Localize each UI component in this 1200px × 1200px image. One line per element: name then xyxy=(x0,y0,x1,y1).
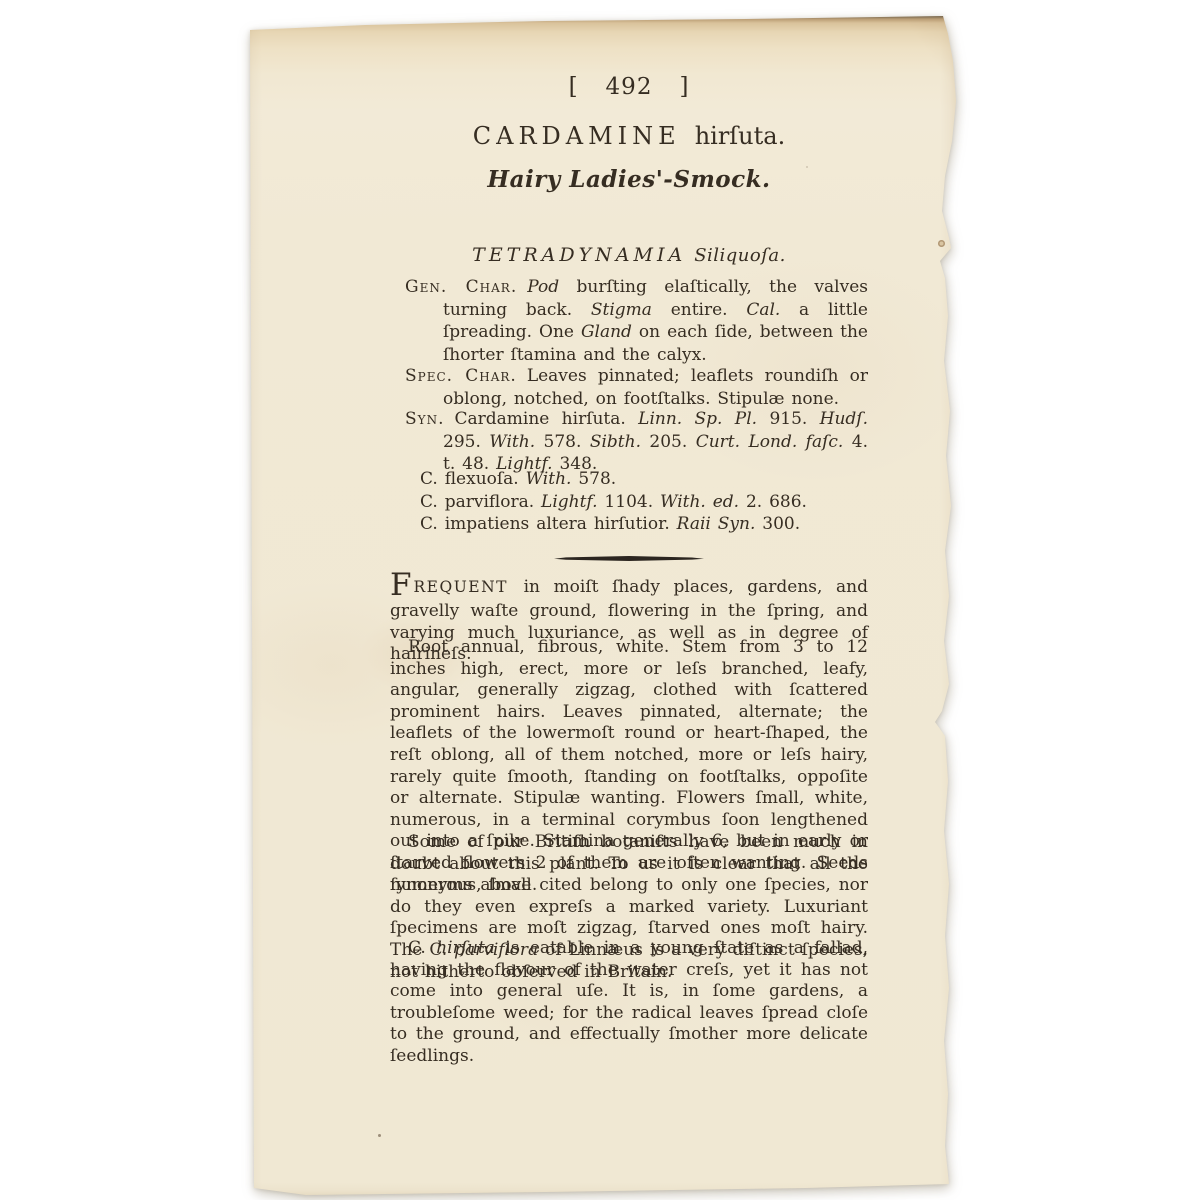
folio-bracket-open: [ xyxy=(569,74,579,100)
syn-label: Syn. xyxy=(405,409,444,429)
synonyms-entry: Syn.Cardamine hirſuta. Linn. Sp. Pl. 915… xyxy=(390,408,868,476)
book-page: [ 492 ] CARDAMINEhirſuta. Hairy Ladies'-… xyxy=(246,16,958,1196)
class-order: TETRADYNAMIA xyxy=(472,244,686,266)
article-title: CARDAMINEhirſuta. xyxy=(390,122,868,150)
gen-char-paragraph: Gen. Char.Pod burſting elaſtically, the … xyxy=(390,276,868,366)
synonym-line: C. impatiens altera hirſutior. Raii Syn.… xyxy=(420,513,868,536)
paper-speck xyxy=(806,166,808,168)
page-scan: [ 492 ] CARDAMINEhirſuta. Hairy Ladies'-… xyxy=(0,0,1200,1200)
title-species: hirſuta. xyxy=(695,122,786,150)
paper-fiber-knot xyxy=(938,240,945,247)
class-section: Siliquoſa. xyxy=(694,245,786,266)
synonym-line: C. parviflora. Lightf. 1104. With. ed. 2… xyxy=(420,491,868,514)
synonym-list: C. flexuoſa. With. 578. C. parviflora. L… xyxy=(390,468,868,536)
spec-char-label: Spec. Char. xyxy=(405,366,517,386)
title-genus: CARDAMINE xyxy=(473,122,681,150)
lead-word-caps: REQUENT xyxy=(414,578,508,596)
syn-text: Cardamine hirſuta. Linn. Sp. Pl. 915. Hu… xyxy=(443,409,868,474)
folio-line: [ 492 ] xyxy=(390,74,868,100)
classification-heading: TETRADYNAMIASiliquoſa. xyxy=(390,244,868,266)
syn-paragraph: Syn.Cardamine hirſuta. Linn. Sp. Pl. 915… xyxy=(390,408,868,476)
paper-speck xyxy=(378,1134,381,1137)
generic-character-entry: Gen. Char.Pod burſting elaſtically, the … xyxy=(390,276,868,366)
gen-char-label: Gen. Char. xyxy=(405,277,517,297)
drop-cap: F xyxy=(390,567,414,603)
specific-character-entry: Spec. Char.Leaves pinnated; leaflets rou… xyxy=(390,363,868,410)
body-paragraph-uses: C. hirſuta is eatable in a young ſtate a… xyxy=(390,938,868,1068)
section-divider xyxy=(390,556,868,561)
paper-speck xyxy=(606,884,608,886)
common-name-subtitle: Hairy Ladies'-Smock. xyxy=(390,166,868,193)
folio-bracket-close: ] xyxy=(679,74,689,100)
spec-char-paragraph: Spec. Char.Leaves pinnated; leaflets rou… xyxy=(390,365,868,410)
synonym-line: C. flexuoſa. With. 578. xyxy=(420,468,868,491)
page-number: 492 xyxy=(606,74,653,100)
swelled-rule xyxy=(554,556,704,561)
